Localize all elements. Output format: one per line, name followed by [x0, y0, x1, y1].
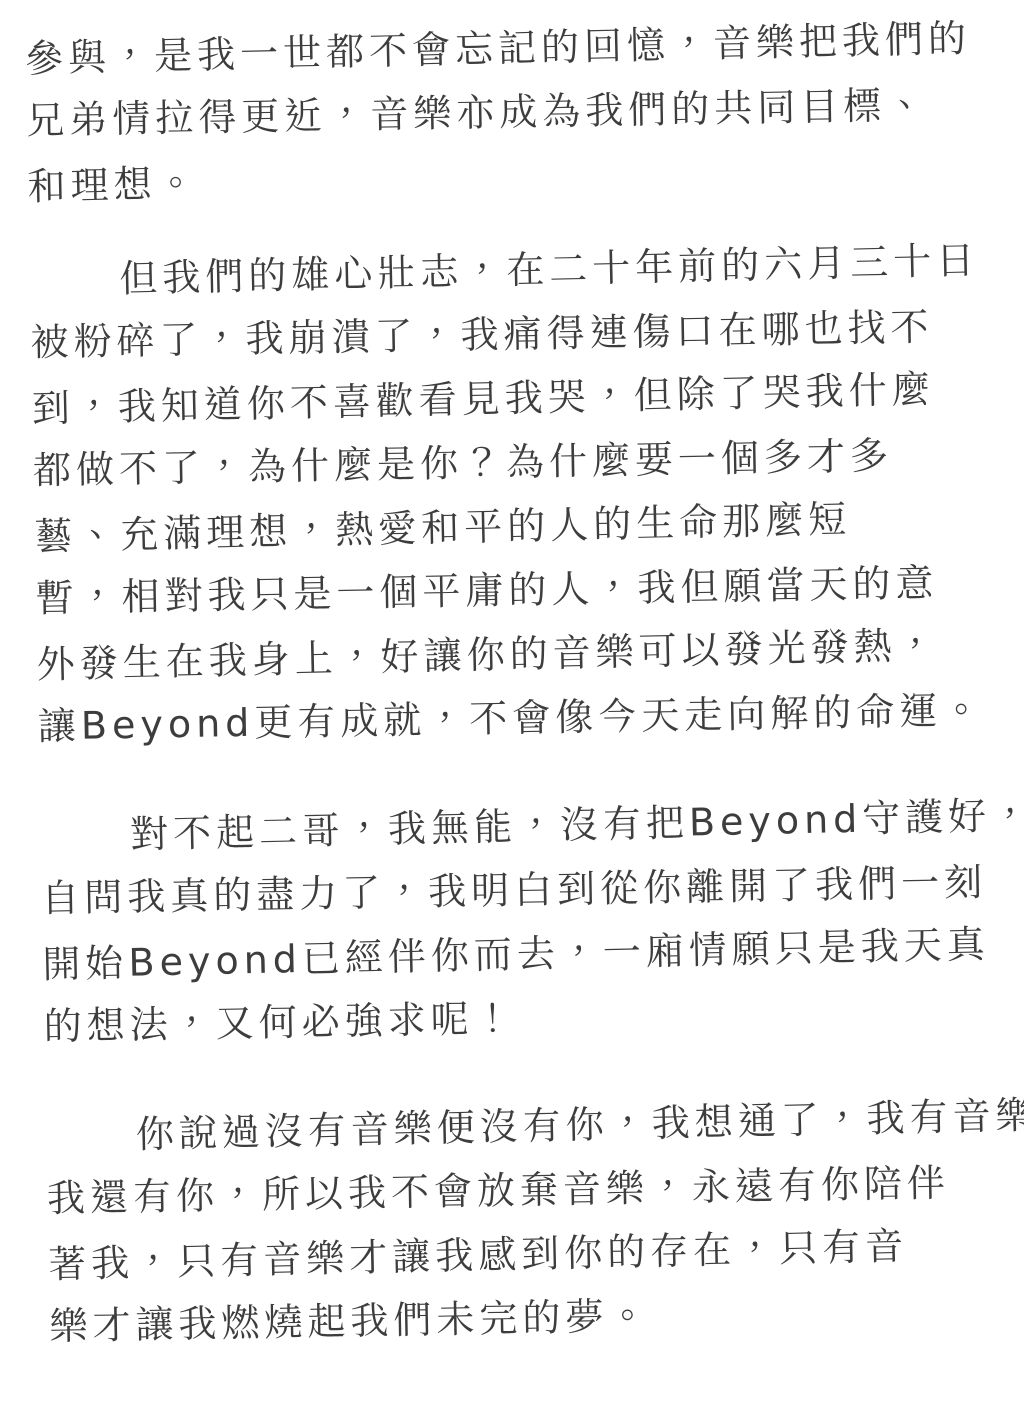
paragraph-1: 參與，是我一世都不會忘記的回憶，音樂把我們的 兄弟情拉得更近，音樂亦成為我們的共…: [24, 7, 1018, 218]
letter-page: 參與，是我一世都不會忘記的回憶，音樂把我們的 兄弟情拉得更近，音樂亦成為我們的共…: [0, 0, 1024, 1402]
paragraph-4: 你說過沒有音樂便沒有你，我想通了，我有音樂， 我還有你，所以我不會放棄音樂，永遠…: [45, 1084, 1024, 1359]
paragraph-3: 對不起二哥，我無能，沒有把Beyond守護好， 自問我真的盡力了，我明白到從你離…: [39, 784, 1024, 1059]
paragraph-2: 但我們的雄心壯志，在二十年前的六月三十日 被粉碎了，我崩潰了，我痛得連傷口在哪也…: [29, 228, 1024, 759]
